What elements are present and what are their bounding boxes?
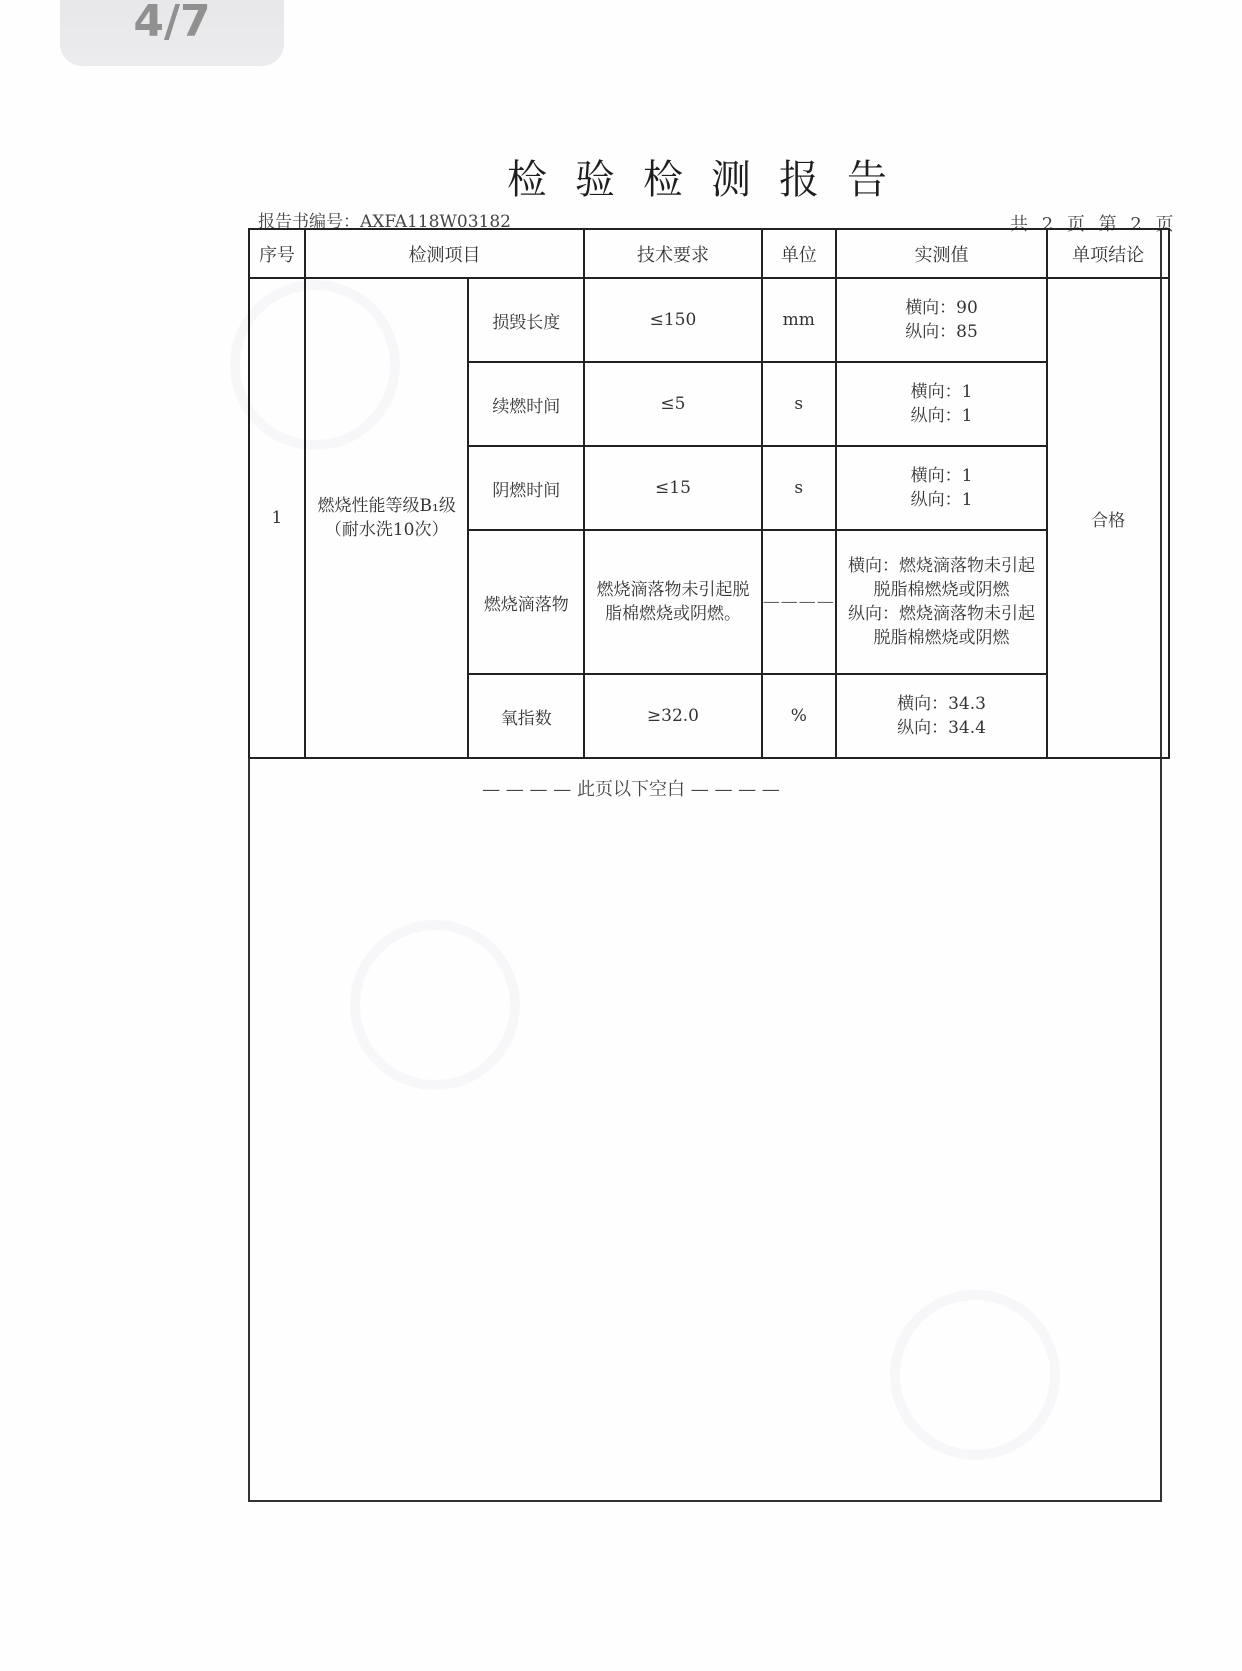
- header-requirement: 技术要求: [584, 229, 762, 278]
- measured-cell: 横向：燃烧滴落物未引起脱脂棉燃烧或阴燃 纵向：燃烧滴落物未引起脱脂棉燃烧或阴燃: [836, 530, 1048, 674]
- requirement-cell: ≤5: [584, 362, 762, 446]
- measured-cell: 横向：34.3 纵向：34.4: [836, 674, 1048, 758]
- measured-longitudinal: 纵向：1: [837, 488, 1047, 512]
- sub-item-cell: 续燃时间: [468, 362, 584, 446]
- table-header-row: 序号 检测项目 技术要求 单位 实测值 单项结论: [249, 229, 1169, 278]
- measured-cell: 横向：90 纵向：85: [836, 278, 1048, 362]
- sub-item-cell: 损毁长度: [468, 278, 584, 362]
- header-seq: 序号: [249, 229, 305, 278]
- page-indicator: 4/7: [60, 0, 284, 66]
- measured-longitudinal: 纵向：34.4: [837, 716, 1047, 740]
- test-item-cell: 燃烧性能等级B₁级 （耐水洗10次）: [305, 278, 469, 758]
- unit-cell: ————: [762, 530, 836, 674]
- page-indicator-text: 4/7: [133, 0, 210, 44]
- measured-transverse: 横向：1: [837, 380, 1047, 404]
- table-row: 1 燃烧性能等级B₁级 （耐水洗10次） 损毁长度 ≤150 mm 横向：90 …: [249, 278, 1169, 362]
- test-item-line2: （耐水洗10次）: [306, 518, 468, 542]
- header-unit: 单位: [762, 229, 836, 278]
- watermark-stamp: [350, 920, 520, 1090]
- sub-item-cell: 阴燃时间: [468, 446, 584, 530]
- measured-longitudinal: 纵向：85: [837, 320, 1047, 344]
- unit-cell: %: [762, 674, 836, 758]
- measured-transverse: 横向：燃烧滴落物未引起脱脂棉燃烧或阴燃: [845, 554, 1039, 602]
- conclusion-cell: 合格: [1047, 278, 1169, 758]
- measured-transverse: 横向：1: [837, 464, 1047, 488]
- requirement-cell: ≤15: [584, 446, 762, 530]
- unit-cell: s: [762, 362, 836, 446]
- sub-item-cell: 氧指数: [468, 674, 584, 758]
- measured-transverse: 横向：34.3: [837, 692, 1047, 716]
- header-item: 检测项目: [305, 229, 584, 278]
- measured-cell: 横向：1 纵向：1: [836, 362, 1048, 446]
- document-title: 检验检测报告: [0, 148, 1242, 205]
- measured-longitudinal: 纵向：燃烧滴落物未引起脱脂棉燃烧或阴燃: [845, 602, 1039, 650]
- test-results-table: 序号 检测项目 技术要求 单位 实测值 单项结论 1 燃烧性能等级B₁级 （耐水…: [248, 228, 1170, 759]
- test-item-line1: 燃烧性能等级B₁级: [306, 494, 468, 518]
- unit-cell: s: [762, 446, 836, 530]
- blank-below-note: — — — — 此页以下空白 — — — —: [0, 775, 1242, 801]
- measured-cell: 横向：1 纵向：1: [836, 446, 1048, 530]
- requirement-cell: ≥32.0: [584, 674, 762, 758]
- watermark-stamp: [890, 1290, 1060, 1460]
- measured-transverse: 横向：90: [837, 296, 1047, 320]
- sub-item-cell: 燃烧滴落物: [468, 530, 584, 674]
- header-measured: 实测值: [836, 229, 1048, 278]
- header-conclusion: 单项结论: [1047, 229, 1169, 278]
- unit-cell: mm: [762, 278, 836, 362]
- seq-cell: 1: [249, 278, 305, 758]
- requirement-cell: 燃烧滴落物未引起脱脂棉燃烧或阴燃。: [584, 530, 762, 674]
- measured-longitudinal: 纵向：1: [837, 404, 1047, 428]
- requirement-cell: ≤150: [584, 278, 762, 362]
